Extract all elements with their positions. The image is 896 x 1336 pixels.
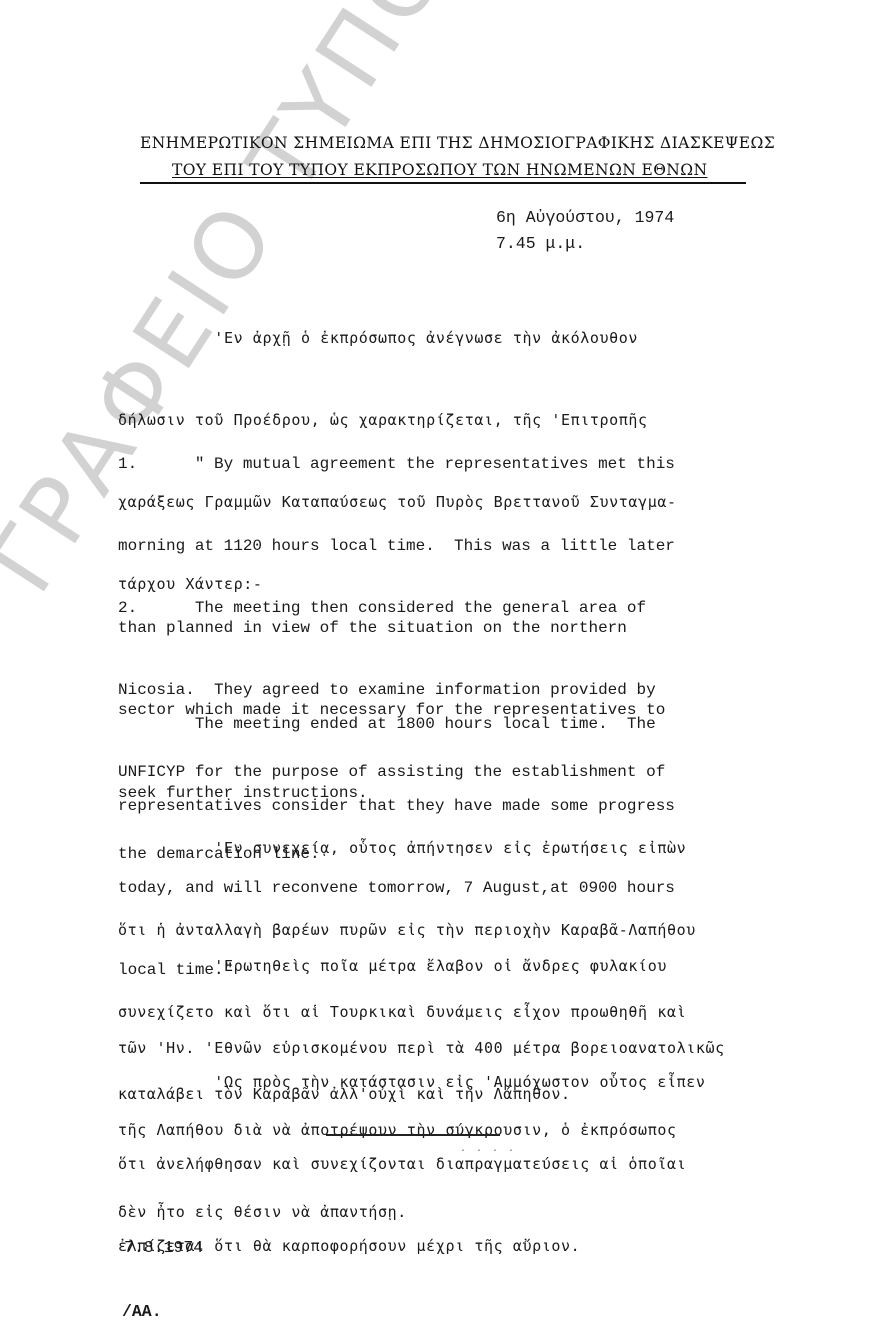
footer-reference: /AA. <box>122 1302 162 1321</box>
statement-line: The meeting ended at 1800 hours local ti… <box>118 711 778 738</box>
followup-line: 'Εν συνεχείᾳ, οὗτος ἀπήντησεν εἰς ἐρωτήσ… <box>118 835 778 862</box>
followup-line: 'Ερωτηθεὶς ποῖα μέτρα ἔλαβον οἱ ἄνδρες φ… <box>118 953 778 980</box>
footer-date: 7.8.1974 <box>124 1238 203 1257</box>
statement-line: 1. " By mutual agreement the representat… <box>118 451 778 478</box>
document-title-line-2: ΤΟΥ ΕΠΙ ΤΟΥ ΤΥΠΟΥ ΕΚΠΡΟΣΩΠΟΥ ΤΩΝ ΗΝΩΜΕΝΩ… <box>172 161 707 179</box>
dateline-date: 6η Αὐγούστου, 1974 <box>496 208 674 227</box>
intro-line: 'Εν ἀρχῇ ὁ ἐκπρόσωπος ἀνέγνωσε τὴν ἀκόλο… <box>118 325 778 352</box>
document-content: ΕΝΗΜΕΡΩΤΙΚΟΝ ΣΗΜΕΙΩΜΑ ΕΠΙ ΤΗΣ ΔΗΜΟΣΙΟΓΡΑ… <box>0 0 896 1336</box>
document-page: © ΓΡΑΦΕΙΟ ΤΥΠΟΥ & ΠΛΗΡΟΦΟΡΙΩΝ - PIO ΕΝΗΜ… <box>0 0 896 1336</box>
followup-line: ὅτι ἀνελήφθησαν καὶ συνεχίζονται διαπραγ… <box>118 1151 778 1178</box>
statement-line: 2. The meeting then considered the gener… <box>118 595 778 622</box>
followup-line: 'Ως πρὸς τὴν κατάστασιν εἰς 'Αμμόχωστον … <box>118 1069 778 1096</box>
document-title-line-1: ΕΝΗΜΕΡΩΤΙΚΟΝ ΣΗΜΕΙΩΜΑ ΕΠΙ ΤΗΣ ΔΗΜΟΣΙΟΓΡΑ… <box>140 134 775 152</box>
followup-line: ἐλπίζεται ὅτι θὰ καρποφορήσουν μέχρι τῆς… <box>118 1233 778 1260</box>
followup-paragraph-3: 'Ως πρὸς τὴν κατάστασιν εἰς 'Αμμόχωστον … <box>118 1014 778 1315</box>
closing-separator-rule <box>326 1134 500 1136</box>
closing-separator-dots: . . . . <box>460 1144 516 1155</box>
dateline-time: 7.45 μ.μ. <box>496 234 585 253</box>
title-underline-rule <box>140 182 746 184</box>
